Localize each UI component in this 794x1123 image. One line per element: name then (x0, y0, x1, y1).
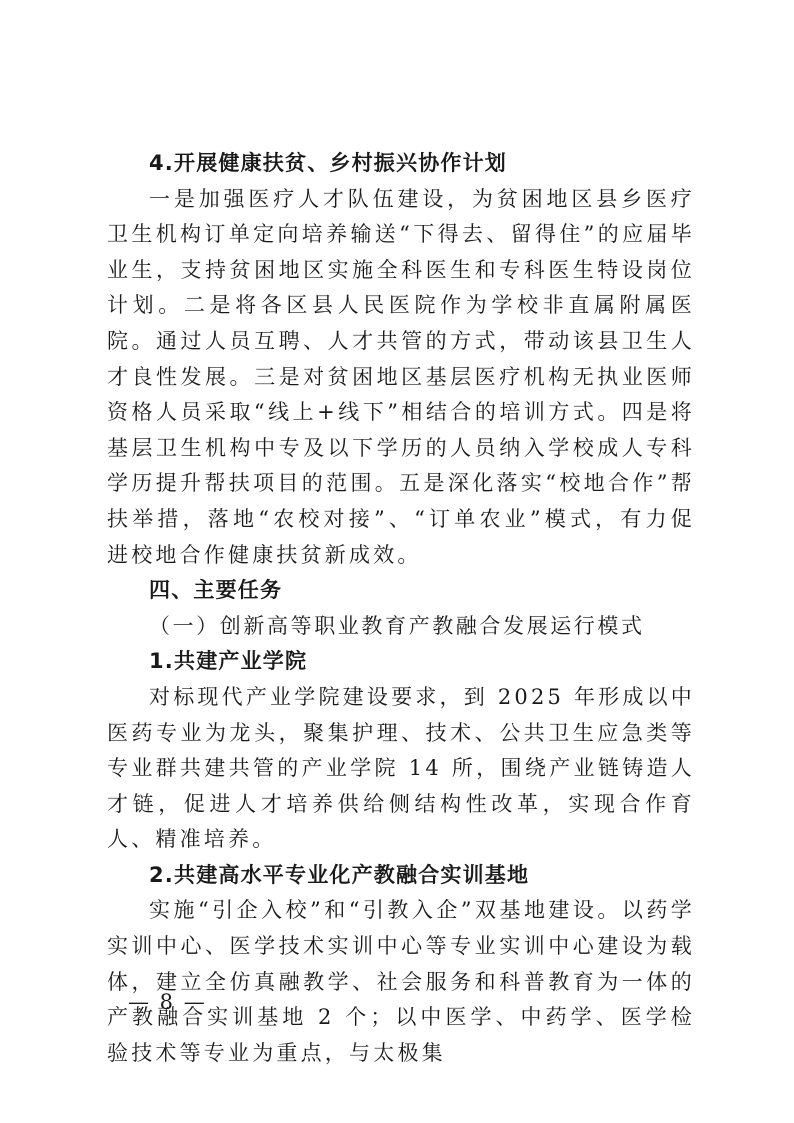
page-number: — 8 — (128, 990, 207, 1014)
section-heading: 1.共建产业学院 (107, 644, 695, 680)
document-page: 4.开展健康扶贫、乡村振兴协作计划 一是加强医疗人才队伍建设，为贫困地区县乡医疗… (107, 146, 695, 1071)
section-heading: 2.共建高水平专业化产教融合实训基地 (107, 858, 695, 894)
section-heading: 四、主要任务 (107, 573, 695, 609)
body-paragraph: 实施“引企入校”和“引教入企”双基地建设。以药学实训中心、医学技术实训中心等专业… (107, 893, 695, 1071)
subsection-heading: （一）创新高等职业教育产教融合发展运行模式 (107, 609, 695, 645)
section-heading: 4.开展健康扶贫、乡村振兴协作计划 (107, 146, 695, 182)
body-paragraph: 对标现代产业学院建设要求，到 2025 年形成以中医药专业为龙头，聚集护理、技术… (107, 680, 695, 858)
body-paragraph: 一是加强医疗人才队伍建设，为贫困地区县乡医疗卫生机构订单定向培养输送“下得去、留… (107, 182, 695, 574)
